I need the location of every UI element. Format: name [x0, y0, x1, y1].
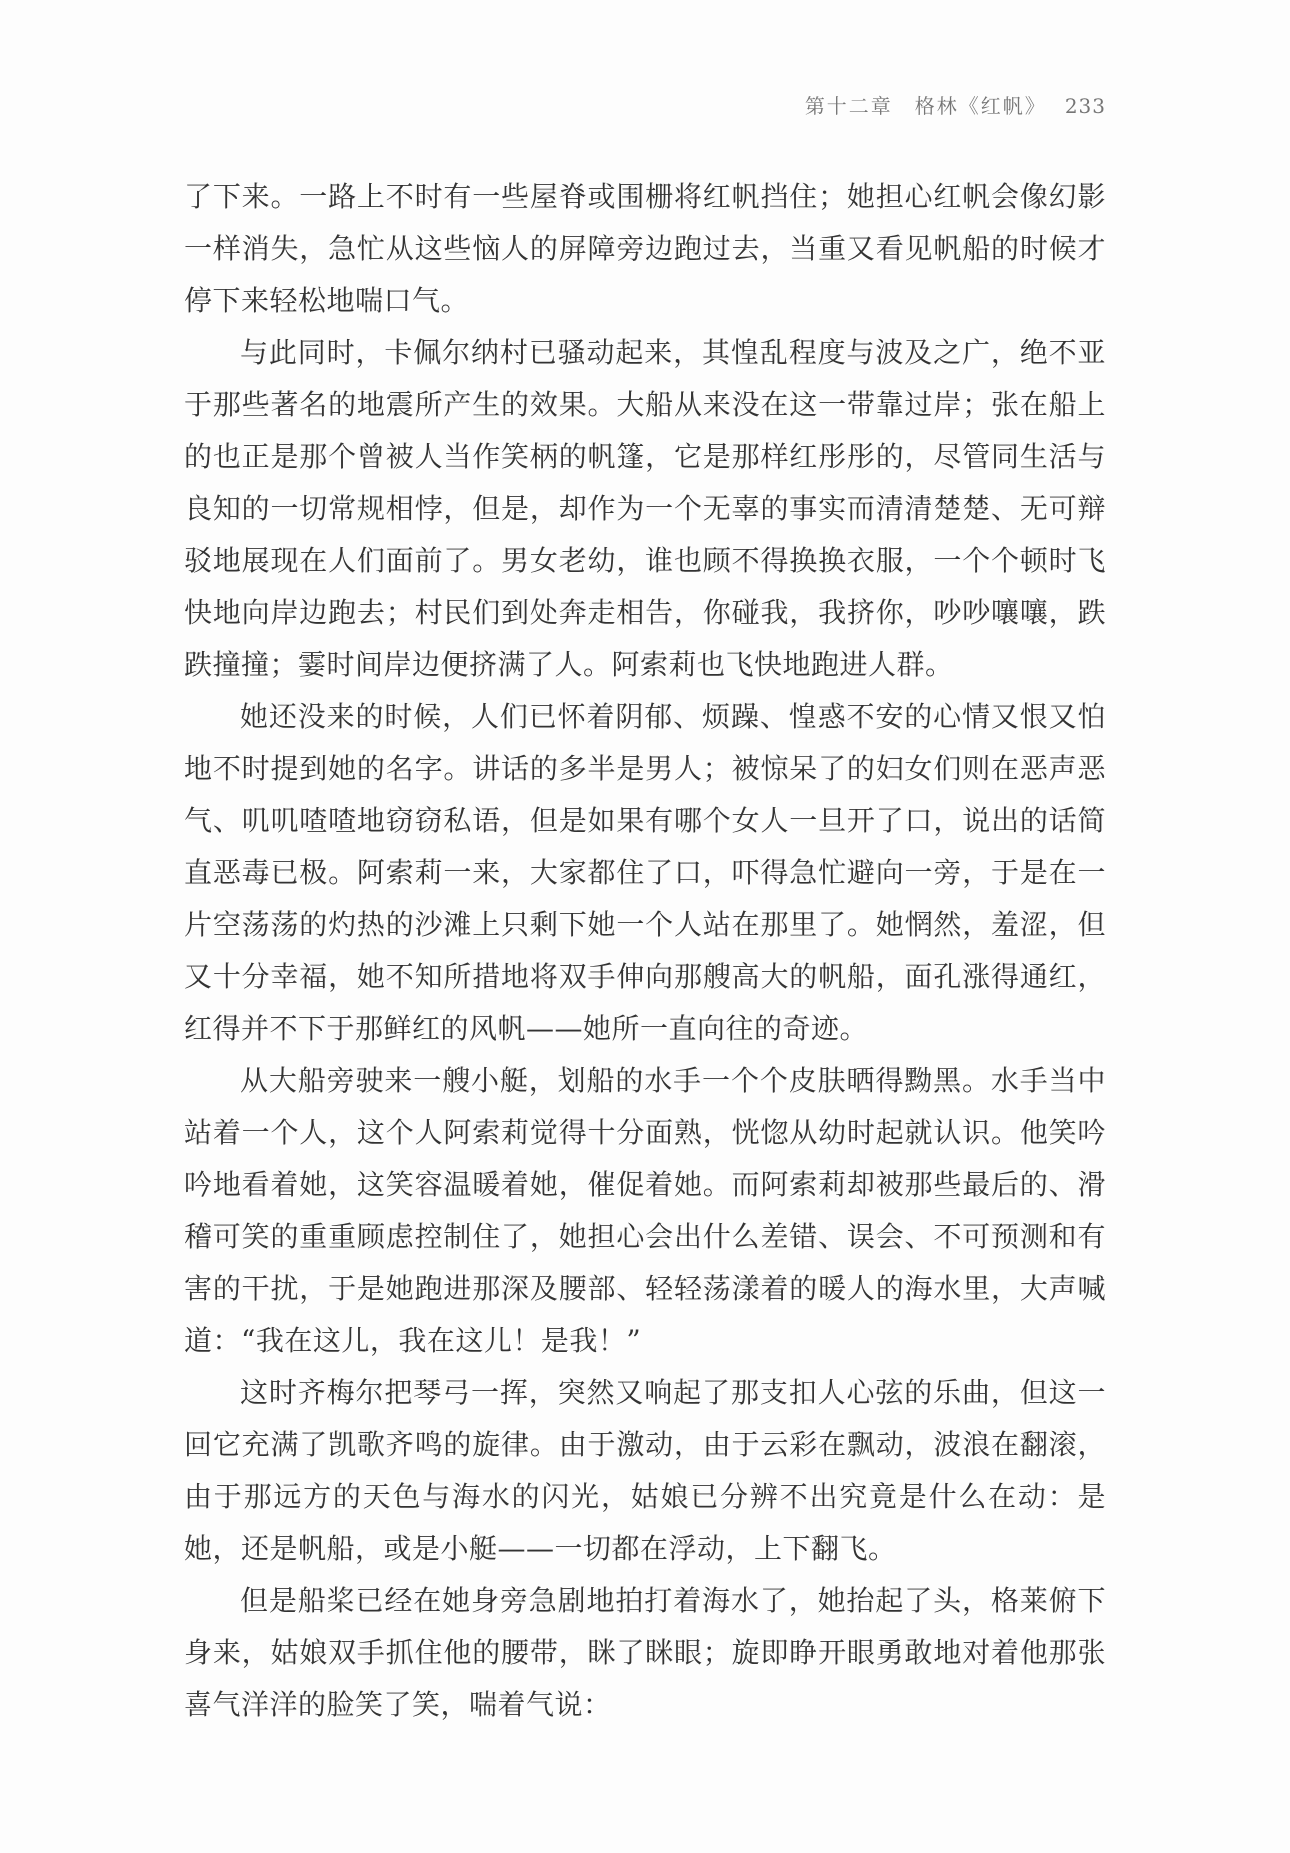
paragraph: 她还没来的时候，人们已怀着阴郁、烦躁、惶惑不安的心情又恨又怕地不时提到她的名字。… [184, 691, 1106, 1055]
book-page: 第十二章 格林《红帆》 233 了下来。一路上不时有一些屋脊或围栅将红帆挡住；她… [0, 0, 1290, 1853]
running-header: 第十二章 格林《红帆》 233 [184, 90, 1106, 119]
paragraph: 了下来。一路上不时有一些屋脊或围栅将红帆挡住；她担心红帆会像幻影一样消失，急忙从… [184, 171, 1106, 327]
chapter-title: 第十二章 格林《红帆》 [805, 90, 1047, 119]
page-number: 233 [1065, 94, 1106, 118]
paragraph: 从大船旁驶来一艘小艇，划船的水手一个个皮肤晒得黝黑。水手当中站着一个人，这个人阿… [184, 1055, 1106, 1367]
page-content: 第十二章 格林《红帆》 233 了下来。一路上不时有一些屋脊或围栅将红帆挡住；她… [184, 0, 1106, 1731]
page-body: 了下来。一路上不时有一些屋脊或围栅将红帆挡住；她担心红帆会像幻影一样消失，急忙从… [184, 171, 1106, 1731]
paragraph: 与此同时，卡佩尔纳村已骚动起来，其惶乱程度与波及之广，绝不亚于那些著名的地震所产… [184, 327, 1106, 691]
paragraph: 这时齐梅尔把琴弓一挥，突然又响起了那支扣人心弦的乐曲，但这一回它充满了凯歌齐鸣的… [184, 1367, 1106, 1575]
paragraph: 但是船桨已经在她身旁急剧地拍打着海水了，她抬起了头，格莱俯下身来，姑娘双手抓住他… [184, 1575, 1106, 1731]
